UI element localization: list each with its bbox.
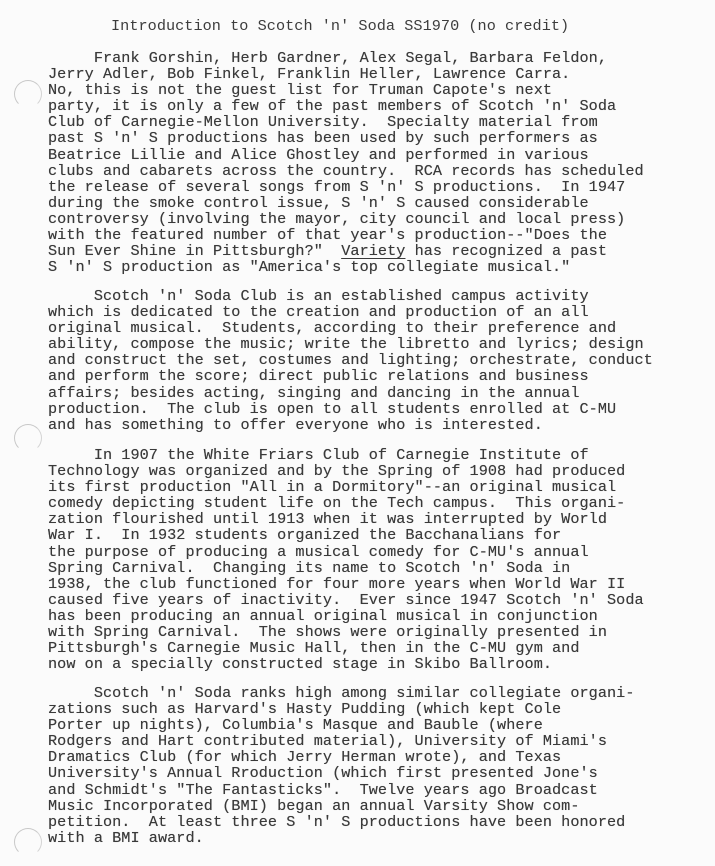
text-line: party, it is only a few of the past memb… [48,98,644,114]
text-line: production. The club is open to all stud… [48,401,653,417]
text-line: controversy (involving the mayor, city c… [48,211,644,227]
text-line: and construct the set, costumes and ligh… [48,352,653,368]
text-line: Rodgers and Hart contributed material), … [48,733,635,749]
text-line: No, this is not the guest list for Truma… [48,82,644,98]
text-line: S 'n' S production as "America's top col… [48,259,644,275]
text-line: Frank Gorshin, Herb Gardner, Alex Segal,… [48,50,644,66]
paragraph-club-activity: Scotch 'n' Soda Club is an established c… [48,288,653,433]
text-line: which is dedicated to the creation and p… [48,304,653,320]
text-line: Scotch 'n' Soda ranks high among similar… [48,685,635,701]
hole-punch-mark [14,828,42,856]
text-line: with a BMI award. [48,830,635,846]
hole-punch-mark [14,424,42,452]
text-line: Spring Carnival. Changing its name to Sc… [48,560,644,576]
typewritten-page: Introduction to Scotch 'n' Soda SS1970 (… [0,0,715,866]
hole-punch-mark [14,80,42,108]
text-line: has been producing an annual original mu… [48,608,644,624]
text-line: In 1907 the White Friars Club of Carnegi… [48,447,644,463]
text-line: Club of Carnegie-Mellon University. Spec… [48,114,644,130]
text-line: zations such as Harvard's Hasty Pudding … [48,701,635,717]
text-line: zation flourished until 1913 when it was… [48,511,644,527]
text-line: affairs; besides acting, singing and dan… [48,385,653,401]
text-line: with Spring Carnival. The shows were ori… [48,624,644,640]
text-line: Sun Ever Shine in Pittsburgh?" Variety h… [48,243,644,259]
text-line: Jerry Adler, Bob Finkel, Franklin Heller… [48,66,644,82]
text-line: the release of several songs from S 'n' … [48,179,644,195]
text-line: Music Incorporated (BMI) began an annual… [48,798,635,814]
text-line: Scotch 'n' Soda Club is an established c… [48,288,653,304]
text-line: Pittsburgh's Carnegie Music Hall, then i… [48,640,644,656]
text-line: during the smoke control issue, S 'n' S … [48,195,644,211]
text-line: Dramatics Club (for which Jerry Herman w… [48,749,635,765]
paragraph-history: In 1907 the White Friars Club of Carnegi… [48,447,644,672]
document-title: Introduction to Scotch 'n' Soda SS1970 (… [111,17,569,35]
text-line: caused five years of inactivity. Ever si… [48,592,644,608]
text-line: Porter up nights), Columbia's Masque and… [48,717,635,733]
paragraph-notable-members: Frank Gorshin, Herb Gardner, Alex Segal,… [48,50,644,275]
text-line: clubs and cabarets across the country. R… [48,163,644,179]
text-line: past S 'n' S productions has been used b… [48,130,644,146]
text-line: petition. At least three S 'n' S product… [48,814,635,830]
paragraph-rankings: Scotch 'n' Soda ranks high among similar… [48,685,635,846]
text-line: ability, compose the music; write the li… [48,336,653,352]
text-line: comedy depicting student life on the Tec… [48,495,644,511]
text-line: Beatrice Lillie and Alice Ghostley and p… [48,147,644,163]
text-line: original musical. Students, according to… [48,320,653,336]
text-line: its first production "All in a Dormitory… [48,479,644,495]
text-line: Technology was organized and by the Spri… [48,463,644,479]
text-line: War I. In 1932 students organized the Ba… [48,527,644,543]
text-line: and perform the score; direct public rel… [48,368,653,384]
text-line: and Schmidt's "The Fantasticks". Twelve … [48,782,635,798]
text-line: 1938, the club functioned for four more … [48,576,644,592]
text-line: now on a specially constructed stage in … [48,656,644,672]
text-line: with the featured number of that year's … [48,227,644,243]
text-line: University's Annual Rroduction (which fi… [48,765,635,781]
text-line: the purpose of producing a musical comed… [48,544,644,560]
text-line: and has something to offer everyone who … [48,417,653,433]
